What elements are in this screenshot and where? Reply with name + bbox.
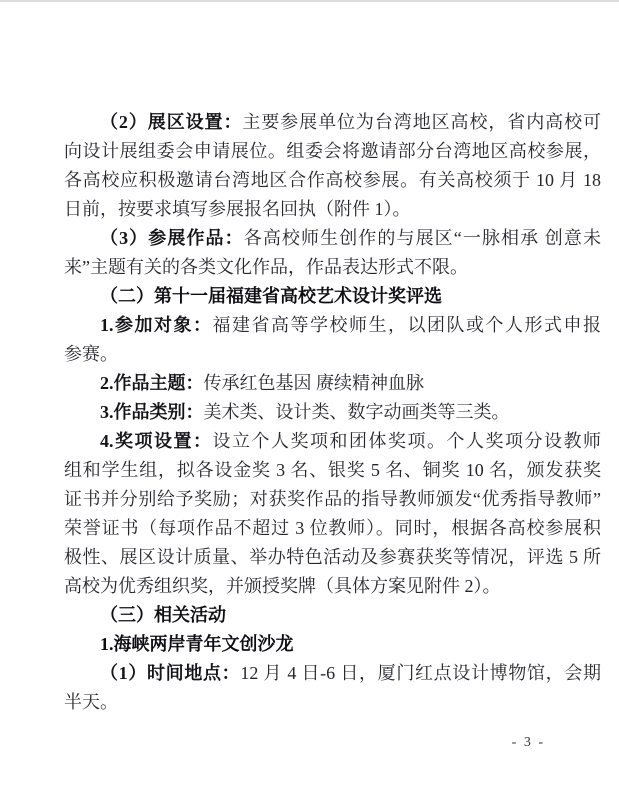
heading-text: （三）相关活动 bbox=[100, 605, 226, 625]
line-text: 证书并分别给予奖励；对获奖作品的指导教师颁发“优秀指导教师” bbox=[64, 489, 601, 509]
text-line: 各高校应积极邀请台湾地区合作高校参展。有关高校须于 10 月 18 bbox=[64, 166, 601, 195]
line-text: 日前，按要求填写参展报名回执（附件 1）。 bbox=[64, 199, 411, 219]
text-line: 2.作品主题：传承红色基因 赓续精神血脉 bbox=[64, 369, 601, 398]
line-text: 主要参展单位为台湾地区高校，省内高校可 bbox=[242, 112, 601, 132]
text-line: 来”主题有关的各类文化作品，作品表达形式不限。 bbox=[64, 253, 601, 282]
heading-text: （二）第十一届福建省高校艺术设计奖评选 bbox=[100, 286, 442, 306]
document-page: （2）展区设置：主要参展单位为台湾地区高校，省内高校可 向设计展组委会申请展位。… bbox=[64, 108, 601, 717]
text-line: 日前，按要求填写参展报名回执（附件 1）。 bbox=[64, 195, 601, 224]
line-text: 参赛。 bbox=[64, 344, 118, 364]
line-text: 组和学生组，拟各设金奖 3 名、银奖 5 名、铜奖 10 名，颁发获奖 bbox=[64, 460, 601, 480]
line-text: 荣誉证书（每项作品不超过 3 位教师）。同时，根据各高校参展积 bbox=[64, 518, 601, 538]
text-line: 证书并分别给予奖励；对获奖作品的指导教师颁发“优秀指导教师” bbox=[64, 485, 601, 514]
line-text: 福建省高等学校师生，以团队或个人形式申报 bbox=[213, 315, 602, 335]
text-line: 荣誉证书（每项作品不超过 3 位教师）。同时，根据各高校参展积 bbox=[64, 514, 601, 543]
line-text: 各高校应积极邀请台湾地区合作高校参展。有关高校须于 10 月 18 bbox=[64, 170, 601, 190]
paragraph-label: （1）时间地点： bbox=[100, 663, 240, 683]
line-text: 极性、展区设计质量、举办特色活动及参赛获奖等情况，评选 5 所 bbox=[64, 547, 601, 567]
text-line: （3）参展作品：各高校师生创作的与展区“一脉相承 创意未 bbox=[64, 224, 601, 253]
text-line: 3.作品类别：美术类、设计类、数字动画类等三类。 bbox=[64, 398, 601, 427]
paragraph-label: 3.作品类别： bbox=[100, 402, 204, 422]
subsection-heading-1: 1.海峡两岸青年文创沙龙 bbox=[64, 630, 601, 659]
text-line: 半天。 bbox=[64, 688, 601, 717]
text-line: （2）展区设置：主要参展单位为台湾地区高校，省内高校可 bbox=[64, 108, 601, 137]
line-text: 传承红色基因 赓续精神血脉 bbox=[204, 373, 425, 393]
text-line: 高校为优秀组织奖，并颁授奖牌（具体方案见附件 2）。 bbox=[64, 572, 601, 601]
text-line: 组和学生组，拟各设金奖 3 名、银奖 5 名、铜奖 10 名，颁发获奖 bbox=[64, 456, 601, 485]
text-line: 4.奖项设置：设立个人奖项和团体奖项。个人奖项分设教师 bbox=[64, 427, 601, 456]
text-line: 1.参加对象：福建省高等学校师生，以团队或个人形式申报 bbox=[64, 311, 601, 340]
paragraph-label: 2.作品主题： bbox=[100, 373, 204, 393]
page-number: - 3 - bbox=[512, 735, 545, 751]
section-heading-2: （二）第十一届福建省高校艺术设计奖评选 bbox=[64, 282, 601, 311]
line-text: 12 月 4 日-6 日，厦门红点设计博物馆，会期 bbox=[240, 663, 601, 683]
text-line: 极性、展区设计质量、举办特色活动及参赛获奖等情况，评选 5 所 bbox=[64, 543, 601, 572]
line-text: 来”主题有关的各类文化作品，作品表达形式不限。 bbox=[64, 257, 468, 277]
text-line: 参赛。 bbox=[64, 340, 601, 369]
line-text: 各高校师生创作的与展区“一脉相承 创意未 bbox=[244, 228, 601, 248]
paragraph-label: （2）展区设置： bbox=[100, 112, 242, 132]
heading-text: 1.海峡两岸青年文创沙龙 bbox=[100, 634, 294, 654]
page-top-edge bbox=[0, 0, 619, 2]
line-text: 设立个人奖项和团体奖项。个人奖项分设教师 bbox=[213, 431, 602, 451]
line-text: 高校为优秀组织奖，并颁授奖牌（具体方案见附件 2）。 bbox=[64, 576, 501, 596]
text-line: （1）时间地点：12 月 4 日-6 日，厦门红点设计博物馆，会期 bbox=[64, 659, 601, 688]
line-text: 半天。 bbox=[64, 692, 118, 712]
line-text: 美术类、设计类、数字动画类等三类。 bbox=[204, 402, 510, 422]
paragraph-label: 4.奖项设置： bbox=[100, 431, 213, 451]
section-heading-3: （三）相关活动 bbox=[64, 601, 601, 630]
text-line: 向设计展组委会申请展位。组委会将邀请部分台湾地区高校参展， bbox=[64, 137, 601, 166]
paragraph-label: 1.参加对象： bbox=[100, 315, 213, 335]
line-text: 向设计展组委会申请展位。组委会将邀请部分台湾地区高校参展， bbox=[64, 141, 601, 161]
paragraph-label: （3）参展作品： bbox=[100, 228, 244, 248]
